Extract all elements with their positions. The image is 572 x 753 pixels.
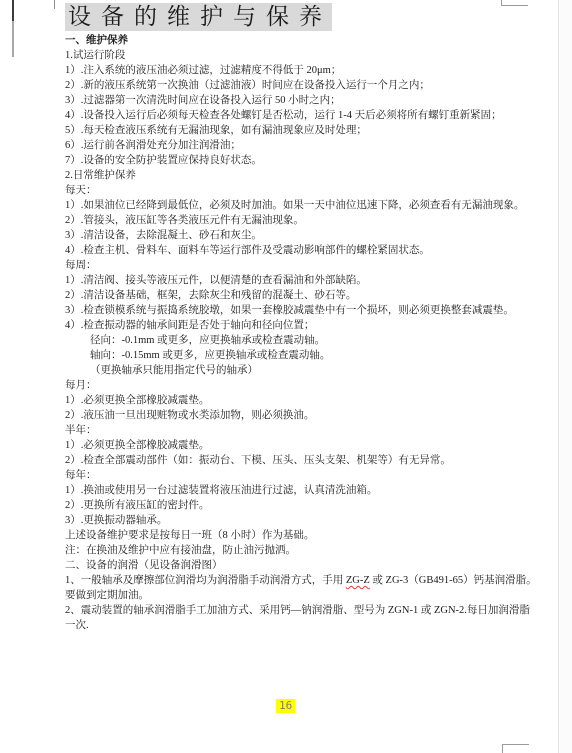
doc-line: 二、设备的润滑（见设备润滑图） (65, 558, 551, 573)
page-edge-line (558, 0, 559, 753)
doc-line: 3）.检查锁模系统与振捣系统胶墩，如果一套橡胶减震垫中有一个损坏，则必须更换整套… (65, 303, 551, 318)
doc-line: 2）.检查全部震动部件（如：振动台、下模、压头、压头支架、机架等）有无异常。 (65, 453, 551, 468)
page-outside-strip (559, 0, 572, 753)
doc-line: 2）.管接头，液压缸等各类液压元件有无漏油现象。 (65, 213, 551, 228)
doc-line: 注：在换油及维护中应有接油盘，防止油污抛洒。 (65, 543, 551, 558)
doc-line: （更换轴承只能用指定代号的轴承） (65, 363, 551, 378)
doc-line-text: 1、一般轴承及摩擦部位润滑均为润滑脂手动润滑方式，手用 (65, 575, 346, 586)
doc-line: 3）.过滤器第一次清洗时间应在设备投入运行 50 小时之内； (65, 93, 551, 108)
doc-line: 轴向：-0.15mm 或更多，应更换轴承或检查震动轴。 (65, 348, 551, 363)
doc-line: 1）.必须更换全部橡胶减震垫。 (65, 393, 551, 408)
doc-line: 2）.新的液压系统第一次换油（过滤油液）时间应在设备投入运行一个月之内； (65, 78, 551, 93)
doc-line: 2）.更换所有液压缸的密封件。 (65, 498, 551, 513)
doc-line: 1）.注入系统的液压油必须过滤，过滤精度不得低于 20μm； (65, 63, 551, 78)
left-margin-mark-faded (12, 21, 14, 57)
doc-line: 半年： (65, 423, 551, 438)
doc-line: 3）.清洁设备，去除混凝土、砂石和灰尘。 (65, 228, 551, 243)
doc-line: 2.日常维护保养 (65, 168, 551, 183)
page-number: 16 (276, 699, 295, 713)
doc-line: 4）.设备投入运行后必须每天检查各处螺钉是否松动，运行 1-4 天后必须将所有螺… (65, 108, 551, 123)
doc-line: 1）.清洁阀、接头等液压元件，以便清楚的查看漏油和外部缺陷。 (65, 273, 551, 288)
document-content: 设备的维护与保养 一、维护保养1.试运行阶段1）.注入系统的液压油必须过滤，过滤… (65, 3, 551, 633)
doc-line: 每天： (65, 183, 551, 198)
doc-line: 1）.必须更换全部橡胶减震垫。 (65, 438, 551, 453)
page-title: 设备的维护与保养 (65, 3, 332, 31)
doc-line: 1.试运行阶段 (65, 48, 551, 63)
doc-line: 上述设备维护要求是按每日一班（8 小时）作为基础。 (65, 528, 551, 543)
doc-line: 5）.每天检查液压系统有无漏油现象，如有漏油现象应及时处理； (65, 123, 551, 138)
doc-line: 每月： (65, 378, 551, 393)
doc-line: 2）.液压油一旦出现赃物或水类添加物，则必须换油。 (65, 408, 551, 423)
doc-line: 4）.检查主机、骨料车、面料车等运行部件及受震动影响部件的螺栓紧固状态。 (65, 243, 551, 258)
doc-line: 3）.更换振动器轴承。 (65, 513, 551, 528)
doc-line: 4）.检查振动器的轴承间距是否处于轴向和径向位置； (65, 318, 551, 333)
doc-line: 1）.换油或使用另一台过滤装置将液压油进行过滤，认真清洗油箱。 (65, 483, 551, 498)
doc-line-text: 或 ZG-3（GB491-65）钙基润滑脂。 (370, 575, 537, 586)
doc-line: 要做到定期加油。 (65, 588, 551, 603)
doc-line: 1）.如果油位已经降到最低位，必须及时加油。如果一天中油位迅速下降，必须查看有无… (65, 198, 551, 213)
doc-line: 2）.清洁设备基础，框架，去除灰尘和残留的混凝土、砂石等。 (65, 288, 551, 303)
doc-line: 1、一般轴承及摩擦部位润滑均为润滑脂手动润滑方式，手用 ZG-Z 或 ZG-3（… (65, 573, 551, 588)
text-boundary-mark-topleft (54, 0, 55, 9)
doc-line: 6）.运行前各润滑处充分加注润滑油； (65, 138, 551, 153)
doc-line: 一、维护保养 (65, 33, 551, 48)
left-margin-mark (12, 0, 14, 21)
doc-line: 7）.设备的安全防护装置应保持良好状态。 (65, 153, 551, 168)
doc-line: 一次. (65, 618, 551, 633)
doc-line: 径向：-0.1mm 或更多，应更换轴承或检查震动轴。 (65, 333, 551, 348)
doc-line: 每周： (65, 258, 551, 273)
spellcheck-underlined-text: ZG-Z (346, 575, 370, 586)
document-body: 一、维护保养1.试运行阶段1）.注入系统的液压油必须过滤，过滤精度不得低于 20… (65, 33, 551, 633)
doc-line: 每年： (65, 468, 551, 483)
doc-line: 2、震动装置的轴承润滑脂手工加油方式、采用钙—钠润滑脂、型号为 ZGN-1 或 … (65, 603, 551, 618)
text-boundary-corner-bottomright (502, 744, 529, 753)
